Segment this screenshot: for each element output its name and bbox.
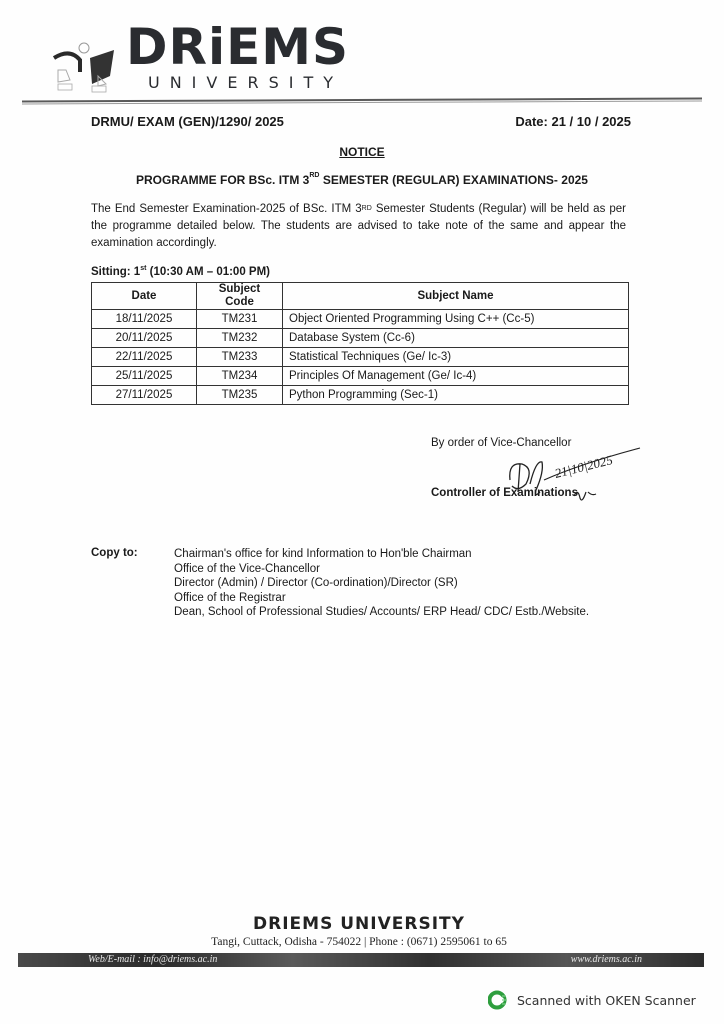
sitting-text: Sitting: 1 xyxy=(91,266,140,278)
subject-code-cell: TM234 xyxy=(197,367,283,386)
header-date: Date xyxy=(92,283,197,310)
table-header-row: Date Subject Code Subject Name xyxy=(92,283,629,310)
handwritten-signature: 21|10|2025 xyxy=(500,440,650,515)
footer-website: www.driems.ac.in xyxy=(571,953,642,967)
programme-title: PROGRAMME FOR BSc. ITM 3RD SEMESTER (REG… xyxy=(0,173,724,187)
notice-title: NOTICE xyxy=(0,145,724,159)
reference-number: DRMU/ EXAM (GEN)/1290/ 2025 xyxy=(91,114,284,129)
exam-date-cell: 22/11/2025 xyxy=(92,348,197,367)
sitting-time: (10:30 AM – 01:00 PM) xyxy=(146,266,270,278)
table-row: 27/11/2025TM235Python Programming (Sec-1… xyxy=(92,386,629,405)
subject-code-cell: TM232 xyxy=(197,329,283,348)
programme-title-text-end: SEMESTER (REGULAR) EXAMINATIONS- 2025 xyxy=(319,173,587,187)
exam-date-cell: 27/11/2025 xyxy=(92,386,197,405)
reference-line: DRMU/ EXAM (GEN)/1290/ 2025 Date: 21 / 1… xyxy=(91,114,631,134)
exam-date-cell: 25/11/2025 xyxy=(92,367,197,386)
notice-date: Date: 21 / 10 / 2025 xyxy=(515,114,631,129)
exam-schedule-table: Date Subject Code Subject Name 18/11/202… xyxy=(91,282,629,405)
date-label: Date: xyxy=(515,114,548,129)
book-person-emblem-icon xyxy=(48,18,120,94)
scanner-text: Scanned with OKEN Scanner xyxy=(517,993,696,1008)
header-subject-name: Subject Name xyxy=(283,283,629,310)
subject-name-cell: Principles Of Management (Ge/ Ic-4) xyxy=(283,367,629,386)
university-logo: DRiEMS UNIVERSITY xyxy=(48,18,348,94)
copy-to-list: Chairman's office for kind Information t… xyxy=(174,547,589,620)
sitting-sup: st xyxy=(140,265,146,272)
copy-to-item: Director (Admin) / Director (Co-ordinati… xyxy=(174,576,589,591)
controller-designation: Controller of Examinations xyxy=(431,487,578,499)
subject-code-cell: TM235 xyxy=(197,386,283,405)
footer-university-name: DRIEMS UNIVERSITY xyxy=(0,914,718,934)
subject-name-cell: Python Programming (Sec-1) xyxy=(283,386,629,405)
logo-subtitle: UNIVERSITY xyxy=(148,73,343,92)
notice-body-text: The End Semester Examination-2025 of BSc… xyxy=(91,203,362,215)
logo-wordmark: DRiEMS xyxy=(126,18,349,76)
subject-code-cell: TM233 xyxy=(197,348,283,367)
table-row: 18/11/2025TM231Object Oriented Programmi… xyxy=(92,310,629,329)
copy-to-label: Copy to: xyxy=(91,547,138,559)
svg-text:21|10|2025: 21|10|2025 xyxy=(553,452,615,481)
subject-name-cell: Object Oriented Programming Using C++ (C… xyxy=(283,310,629,329)
table-row: 22/11/2025TM233Statistical Techniques (G… xyxy=(92,348,629,367)
subject-code-cell: TM231 xyxy=(197,310,283,329)
notice-body-sup: RD xyxy=(362,205,372,212)
sitting-info: Sitting: 1st (10:30 AM – 01:00 PM) xyxy=(91,266,270,278)
footer-address: Tangi, Cuttack, Odisha - 754022 | Phone … xyxy=(0,936,718,948)
exam-date-cell: 18/11/2025 xyxy=(92,310,197,329)
table-row: 25/11/2025TM234Principles Of Management … xyxy=(92,367,629,386)
copy-to-item: Chairman's office for kind Information t… xyxy=(174,547,589,562)
table-row: 20/11/2025TM232Database System (Cc-6) xyxy=(92,329,629,348)
copy-to-item: Office of the Registrar xyxy=(174,591,589,606)
footer-contact-bar: Web/E-mail : info@driems.ac.in www.driem… xyxy=(18,953,704,967)
programme-title-sup: RD xyxy=(309,172,319,179)
copy-to-item: Dean, School of Professional Studies/ Ac… xyxy=(174,605,589,620)
date-value: 21 / 10 / 2025 xyxy=(551,114,631,129)
programme-title-text: PROGRAMME FOR BSc. ITM 3 xyxy=(136,173,309,187)
scanner-watermark: Scanned with OKEN Scanner xyxy=(488,990,696,1010)
exam-date-cell: 20/11/2025 xyxy=(92,329,197,348)
header-divider xyxy=(22,98,702,105)
notice-page: DRiEMS UNIVERSITY DRMU/ EXAM (GEN)/1290/… xyxy=(0,0,724,1024)
subject-name-cell: Statistical Techniques (Ge/ Ic-3) xyxy=(283,348,629,367)
notice-body: The End Semester Examination-2025 of BSc… xyxy=(91,201,626,252)
footer-email: Web/E-mail : info@driems.ac.in xyxy=(88,953,217,967)
copy-to-item: Office of the Vice-Chancellor xyxy=(174,562,589,577)
oken-scanner-icon xyxy=(488,990,508,1010)
header-subject-code: Subject Code xyxy=(197,283,283,310)
subject-name-cell: Database System (Cc-6) xyxy=(283,329,629,348)
